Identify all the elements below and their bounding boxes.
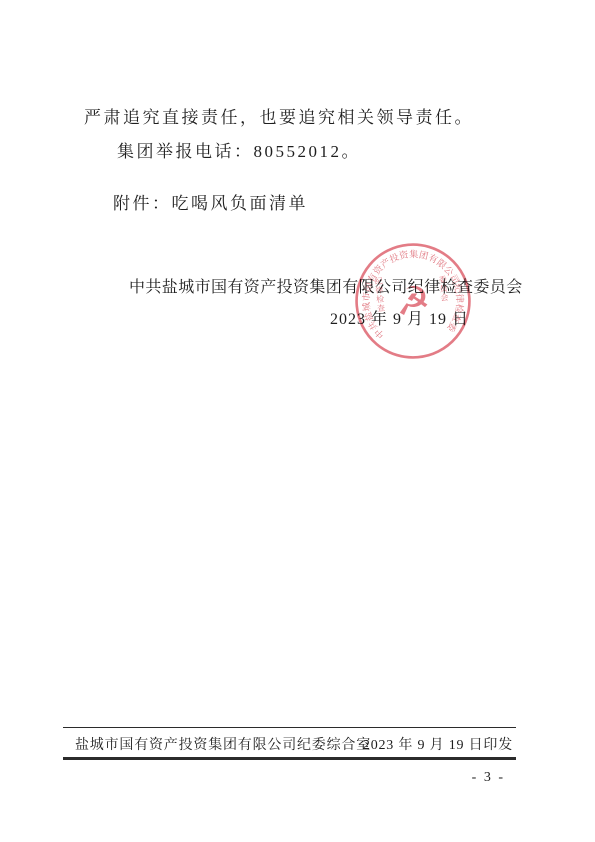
signature-date: 2023 年 9 月 19 日: [330, 306, 469, 329]
document-page: 严肃追究直接责任，也要追究相关领导责任。 集团举报电话：80552012。 附件…: [0, 0, 595, 842]
seal-graphic: 中共盐城市国有资产投资集团有限公司纪律检查委员会 ☭: [347, 235, 479, 367]
page-number: - 3 -: [472, 770, 505, 786]
footer-print-date: 2023 年 9 月 19 日印发: [363, 734, 513, 754]
seal-ring: [352, 240, 474, 362]
signature-org: 中共盐城市国有资产投资集团有限公司纪律检查委员会: [129, 274, 523, 297]
body-line-hotline: 集团举报电话：80552012。: [117, 137, 361, 162]
attachment-line: 附件：吃喝风负面清单: [113, 189, 308, 214]
footer-top-rule: [63, 727, 516, 728]
body-line-responsibility: 严肃追究直接责任，也要追究相关领导责任。: [84, 103, 474, 128]
footer-issuer: 盐城市国有资产投资集团有限公司纪委综合室: [75, 734, 371, 754]
footer-bottom-rule: [63, 757, 516, 760]
official-seal: 中共盐城市国有资产投资集团有限公司纪律检查委员会 ☭ 纪律检查 委员会: [347, 235, 479, 367]
